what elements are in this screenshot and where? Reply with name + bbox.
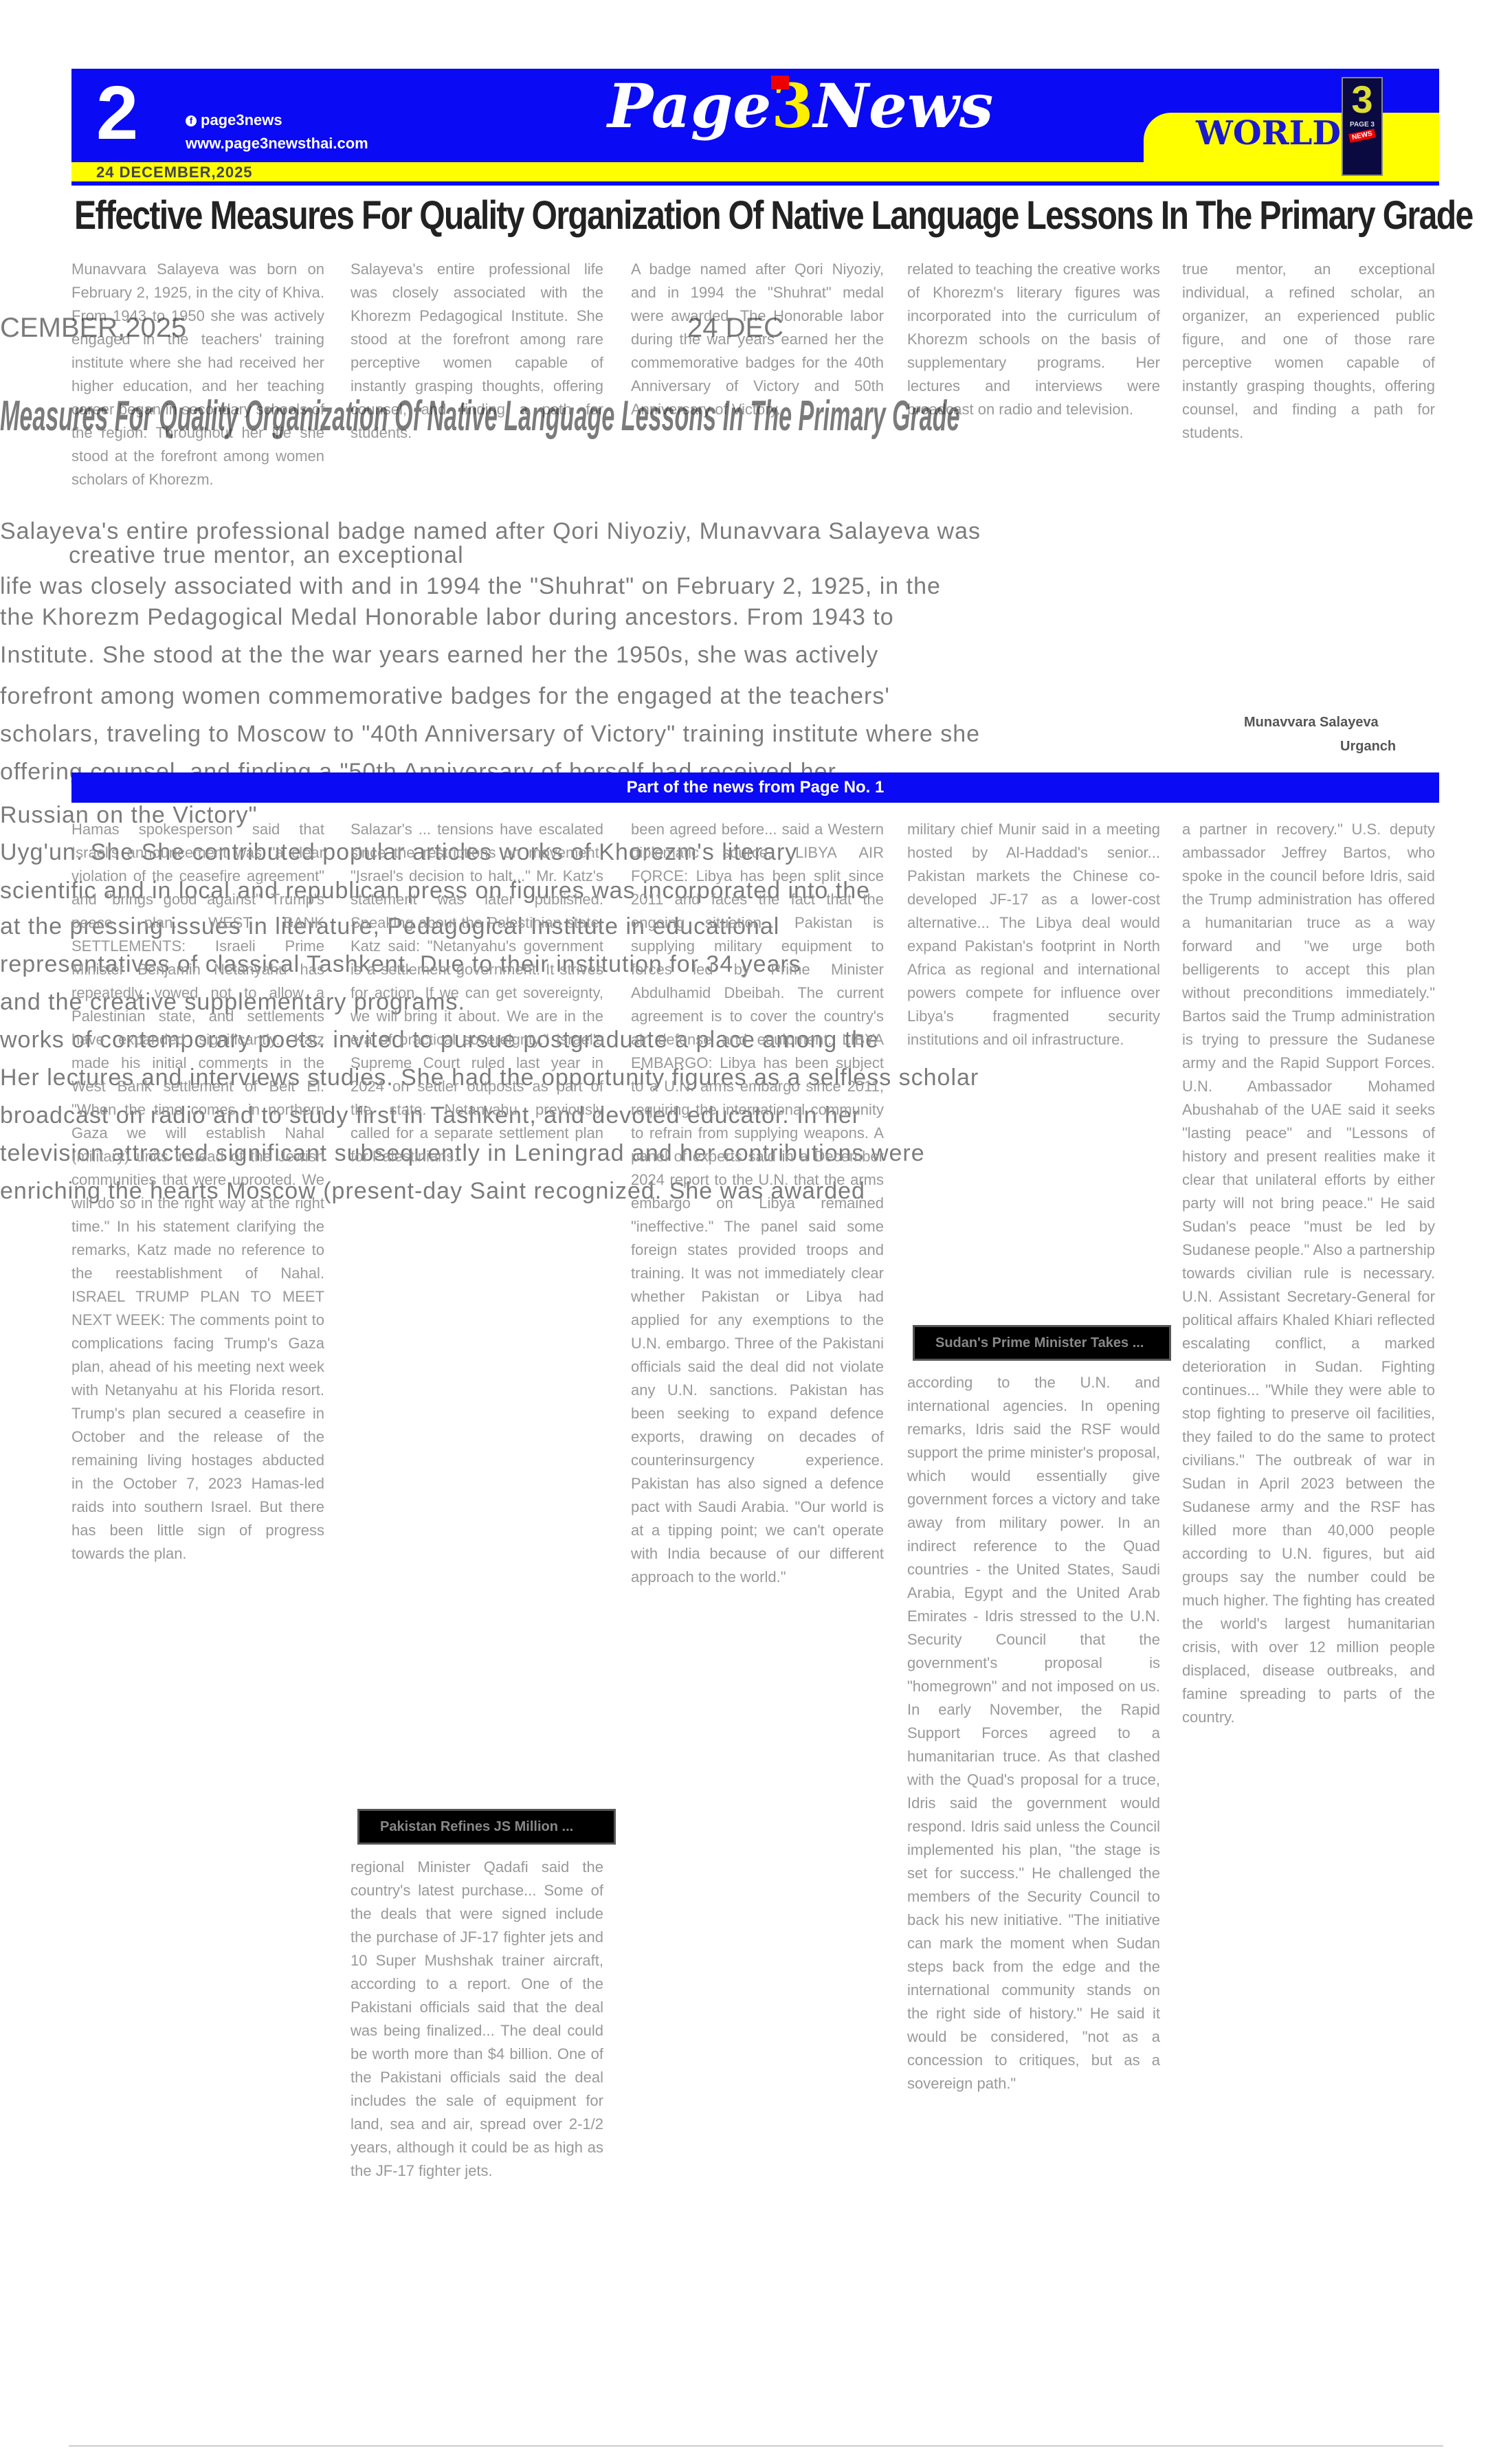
badge-news-text: NEWS (1348, 129, 1376, 143)
article-column-4: related to teaching the creative works o… (907, 258, 1160, 766)
facebook-link[interactable]: fpage3news (186, 109, 368, 132)
badge-number: 3 (1343, 78, 1381, 121)
news-column-2: Salazar's ... tensions have escalated si… (351, 818, 603, 1801)
section-header-sudan[interactable]: Sudan's Prime Minister Takes ... (913, 1325, 1171, 1361)
section-header-pakistan[interactable]: Pakistan Refines JS Million ... (357, 1809, 616, 1845)
logo-text-page: Page (608, 70, 771, 142)
ghost-date-right: 24 DEC (687, 313, 783, 344)
section-label: WORLD (1196, 114, 1341, 153)
news-column-4: military chief Munir said in a meeting h… (907, 818, 1160, 1313)
masthead-bottom-rule (71, 181, 1439, 186)
ghost-date-left: CEMBER,2025 (0, 313, 186, 344)
logo-text-news: News (814, 70, 994, 142)
footer-rule (69, 2445, 1443, 2447)
page-number: 2 (96, 76, 138, 151)
article-text: Munavvara Salayeva was born on February … (71, 258, 324, 491)
social-links: fpage3news www.page3newsthai.com (186, 109, 368, 155)
news-text: a partner in recovery." U.S. deputy amba… (1182, 818, 1435, 1729)
main-headline: Effective Measures For Quality Organizat… (74, 192, 1210, 238)
website-link[interactable]: www.page3newsthai.com (186, 132, 368, 155)
news-column-2b: regional Minister Qadafi said the countr… (351, 1856, 603, 2371)
ghost-line: forefront among women commemorative badg… (0, 684, 890, 709)
news-text: according to the U.N. and international … (907, 1371, 1160, 2095)
page3news-logo: Page3News (608, 76, 993, 136)
news-text: military chief Munir said in a meeting h… (907, 818, 1160, 1051)
ghost-title: Measures For Quality Organization Of Nat… (0, 392, 960, 441)
ghost-line: the Khorezm Pedagogical Medal Honorable … (0, 605, 894, 630)
badge-page-text: PAGE 3 (1343, 121, 1381, 129)
masthead: 2 fpage3news www.page3newsthai.com 24 DE… (71, 69, 1439, 184)
ghost-line: Salayeva's entire professional badge nam… (0, 519, 981, 544)
news-column-4b: according to the U.N. and international … (907, 1371, 1160, 2361)
continued-banner: Part of the news from Page No. 1 (71, 772, 1439, 803)
author-name: Munavvara Salayeva (1244, 715, 1379, 731)
ghost-line: creative true mentor, an exceptional (69, 543, 464, 568)
news-text: been agreed before... said a Western dip… (631, 818, 884, 1589)
page3-badge-logo: 3 PAGE 3 NEWS (1342, 77, 1383, 176)
facebook-handle: page3news (201, 111, 282, 129)
news-column-3: been agreed before... said a Western dip… (631, 818, 884, 2371)
article-text: true mentor, an exceptional individual, … (1182, 258, 1435, 445)
ghost-line: life was closely associated with and in … (0, 574, 941, 599)
news-text: regional Minister Qadafi said the countr… (351, 1856, 603, 2183)
article-column-5: true mentor, an exceptional individual, … (1182, 258, 1435, 698)
logo-three: 3 (771, 70, 813, 142)
facebook-icon: f (186, 115, 197, 126)
news-text: Hamas spokesperson said that Israel's an… (71, 818, 324, 1566)
ghost-line: Institute. She stood at the the war year… (0, 643, 878, 668)
author-place: Urganch (1340, 739, 1396, 755)
news-column-1: Hamas spokesperson said that Israel's an… (71, 818, 324, 2371)
news-column-5: a partner in recovery." U.S. deputy amba… (1182, 818, 1435, 2378)
ghost-line: scholars, traveling to Moscow to "40th A… (0, 722, 980, 747)
issue-date: 24 DECEMBER,2025 (96, 164, 253, 181)
news-text: Salazar's ... tensions have escalated si… (351, 818, 603, 1168)
